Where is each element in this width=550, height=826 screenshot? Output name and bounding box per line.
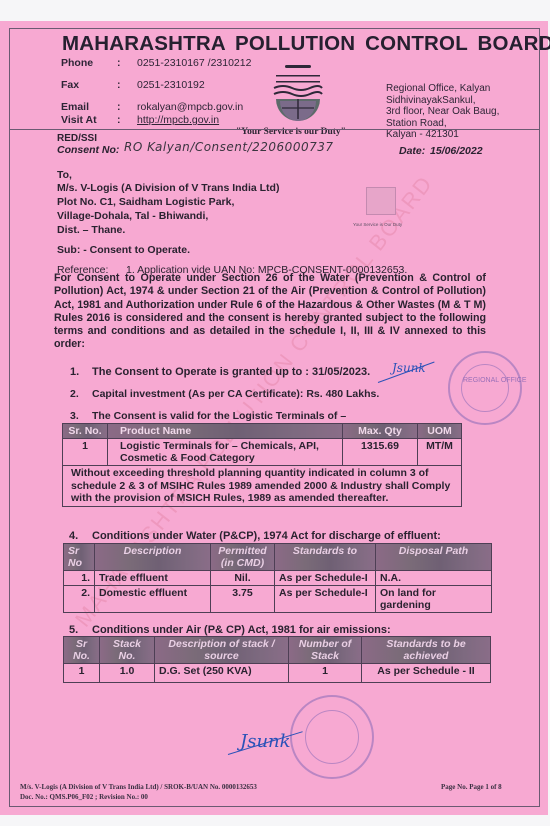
date-label: Date: — [399, 145, 425, 157]
document-page: MAHARASHTRA POLLUTION CONTROL BOARD MAHA… — [0, 21, 548, 815]
subject-line: Sub: - Consent to Operate. — [57, 244, 190, 256]
item-3-number: 3. — [70, 410, 79, 422]
air-emissions-table: Sr No. Stack No. Description of stack / … — [63, 636, 491, 683]
table-row: 1 1.0 D.G. Set (250 KVA) 1 As per Schedu… — [64, 664, 491, 683]
small-logo-caption: Your Service is Our Duty — [353, 222, 402, 227]
consent-validity: The Consent to Operate is granted up to … — [92, 366, 370, 378]
recipient-line-1: M/s. V-Logis (A Division of V Trans Indi… — [57, 182, 279, 194]
phone-value: 0251-2310167 /2310212 — [137, 57, 251, 69]
table-row: 1. Trade effluent Nil. As per Schedule-I… — [64, 571, 492, 586]
water-section-title: Conditions under Water (P&CP), 1974 Act … — [92, 530, 441, 542]
item-2-number: 2. — [70, 388, 79, 400]
water-effluent-table: Sr No Description Permitted (in CMD) Sta… — [63, 543, 492, 613]
regional-office-address: Regional Office, Kalyan SidhivinayakSank… — [386, 83, 499, 141]
to-label: To, — [57, 169, 72, 181]
table-row: 2. Domestic effluent 3.75 As per Schedul… — [64, 586, 492, 613]
category-label: RED/SSI — [57, 133, 97, 144]
table-row: 1 Logistic Terminals for – Chemicals, AP… — [63, 439, 462, 466]
consent-date: 15/06/2022 — [430, 145, 483, 157]
consent-number: RO Kalyan/Consent/2206000737 — [124, 140, 334, 154]
board-seal-stamp-top — [448, 351, 522, 425]
email-link[interactable]: rokalyan@mpcb.gov.in — [137, 101, 243, 113]
stamp-center-text: REGIONAL OFFICE — [463, 377, 527, 384]
water-section-number: 4. — [69, 530, 78, 542]
email-row: Email:rokalyan@mpcb.gov.in — [61, 101, 243, 113]
item-1-number: 1. — [70, 366, 79, 378]
capital-investment: Capital investment (As per CA Certificat… — [92, 388, 379, 400]
board-seal-stamp-bottom — [290, 695, 374, 779]
table-note-row: Without exceeding threshold planning qua… — [63, 466, 462, 507]
col-product-name: Product Name — [108, 424, 343, 439]
footer-line-2: Doc. No.: QMS.P06_F02 ; Revision No.: 00 — [20, 793, 148, 801]
small-logo-icon — [366, 187, 396, 215]
recipient-line-3: Village-Dohala, Tal - Bhiwandi, — [57, 210, 208, 222]
mpcb-logo-icon — [268, 61, 328, 123]
website-row: Visit At:http://mpcb.gov.in — [61, 114, 219, 126]
consent-number-label: Consent No: — [57, 144, 119, 156]
board-title: MAHARASHTRA POLLUTION CONTROL BOARD — [62, 32, 542, 56]
col-max-qty: Max. Qty — [343, 424, 418, 439]
header-divider — [9, 129, 540, 130]
logistic-terminals-heading: The Consent is valid for the Logistic Te… — [92, 410, 346, 422]
recipient-line-2: Plot No. C1, Saidham Logistic Park, — [57, 196, 234, 208]
air-section-title: Conditions under Air (P& CP) Act, 1981 f… — [92, 624, 391, 636]
consent-intro-paragraph: For Consent to Operate under Section 26 … — [54, 272, 486, 352]
fax-value: 0251-2310192 — [137, 79, 205, 91]
recipient-line-4: Dist. – Thane. — [57, 224, 125, 236]
footer-line-1: M/s. V-Logis (A Division of V Trans Indi… — [20, 783, 257, 791]
website-link[interactable]: http://mpcb.gov.in — [137, 114, 219, 126]
page-number: Page No. Page 1 of 8 — [441, 783, 502, 791]
fax-row: Fax:0251-2310192 — [61, 79, 205, 91]
phone-row: Phone:0251-2310167 /2310212 — [61, 57, 251, 69]
col-uom: UOM — [418, 424, 462, 439]
air-section-number: 5. — [69, 624, 78, 636]
col-sr-no: Sr. No. — [63, 424, 108, 439]
products-table: Sr. No. Product Name Max. Qty UOM 1 Logi… — [62, 423, 462, 507]
initials-signature: Jsunk — [392, 361, 426, 375]
